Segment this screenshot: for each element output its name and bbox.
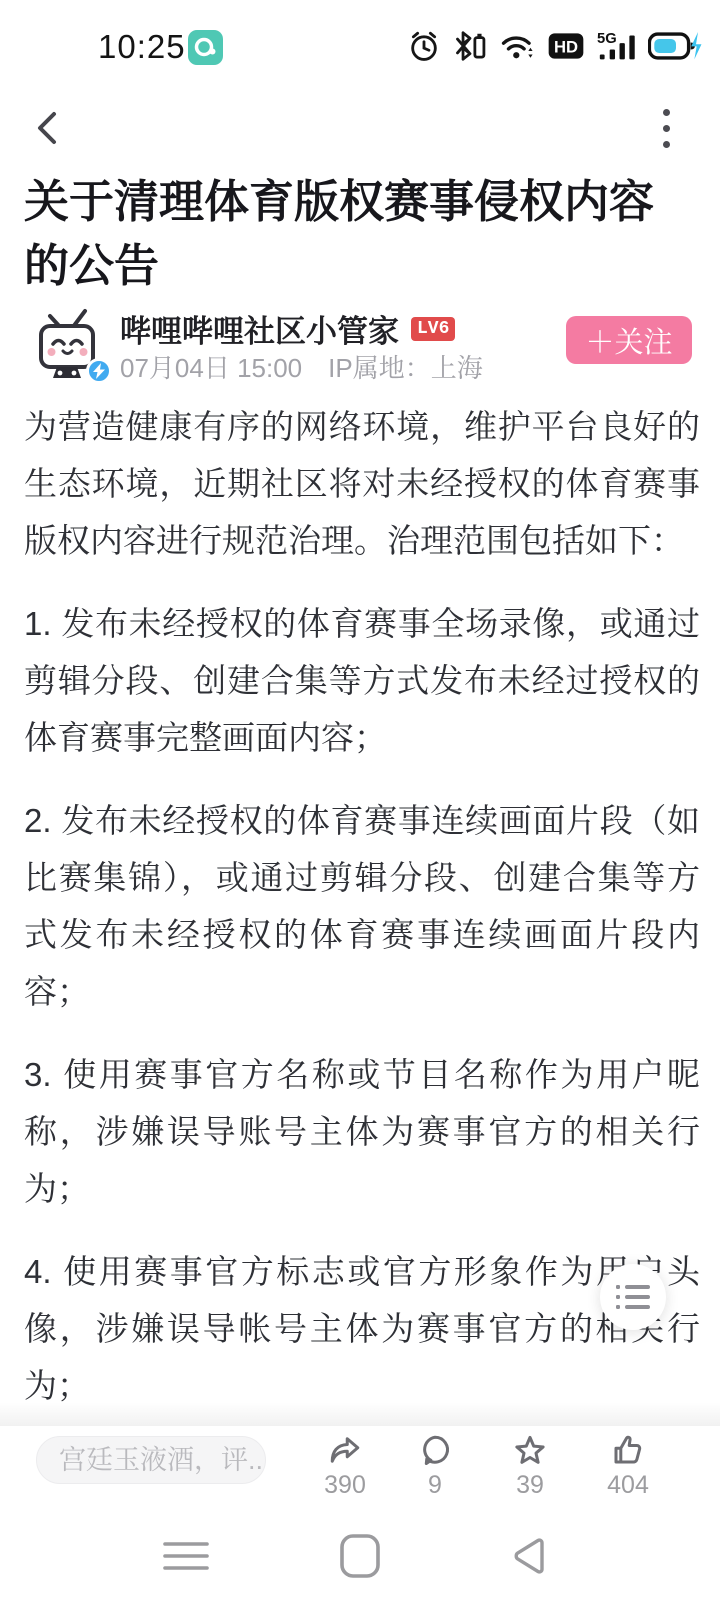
paragraph-item-4: 4. 使用赛事官方标志或官方形象作为用户头像，涉嫌误导帐号主体为赛事官方的相关行… <box>24 1243 700 1414</box>
clock-time: 10:25 <box>98 28 186 66</box>
publish-date: 07月04日 15:00 <box>120 353 302 383</box>
ip-location: 上海 <box>431 353 483 383</box>
share-count: 390 <box>303 1471 387 1500</box>
app-bar <box>0 96 720 168</box>
screen-record-icon <box>188 30 223 65</box>
follow-button[interactable]: ＋关注 <box>566 316 692 364</box>
level-badge: LV6 <box>411 317 455 341</box>
article-title: 关于清理体育版权赛事侵权内容的公告 <box>24 170 698 298</box>
like-count: 404 <box>586 1471 670 1500</box>
comment-button[interactable]: 9 <box>393 1432 477 1500</box>
share-icon <box>326 1432 364 1468</box>
paragraph-item-1: 1. 发布未经授权的体育赛事全场录像，或通过剪辑分段、创建合集等方式发布未经过授… <box>24 595 700 766</box>
nav-home-icon[interactable] <box>332 1528 388 1584</box>
paragraph-item-2: 2. 发布未经授权的体育赛事连续画面片段（如比赛集锦），或通过剪辑分段、创建合集… <box>24 792 700 1020</box>
action-bar: 宫廷玉液酒，评... 390 9 39 404 <box>0 1426 720 1510</box>
publish-meta: 07月04日 15:00IP属地：上海 <box>120 348 483 385</box>
paragraph-intro: 为营造健康有序的网络环境，维护平台良好的生态环境，近期社区将对未经授权的体育赛事… <box>24 398 700 569</box>
thumbs-up-icon <box>609 1432 647 1468</box>
comment-icon <box>416 1432 454 1468</box>
more-menu-icon[interactable] <box>648 100 684 156</box>
wifi-icon <box>499 29 535 63</box>
favorite-count: 39 <box>488 1471 572 1500</box>
official-verify-badge-icon <box>86 358 112 384</box>
comment-input[interactable]: 宫廷玉液酒，评... <box>36 1436 266 1484</box>
signal-5g-icon: 5G <box>597 29 635 63</box>
status-icons: HD 5G <box>407 28 704 64</box>
like-button[interactable]: 404 <box>586 1432 670 1500</box>
hd-badge-icon: HD <box>548 29 584 63</box>
share-button[interactable]: 390 <box>303 1432 387 1500</box>
bluetooth-battery-icon <box>454 29 486 63</box>
nav-menu-icon[interactable] <box>158 1528 214 1584</box>
list-icon <box>616 1283 650 1311</box>
ip-label: IP属地： <box>328 353 431 383</box>
status-bar: 10:25 HD 5G <box>0 0 720 76</box>
favorite-button[interactable]: 39 <box>488 1432 572 1500</box>
android-nav-bar <box>0 1510 720 1600</box>
svg-text:HD: HD <box>554 38 578 57</box>
bilibili-article-screen: { "status_bar": { "time": "10:25", "hd_b… <box>0 0 720 1600</box>
nav-back-icon[interactable] <box>502 1528 558 1584</box>
catalog-button[interactable] <box>600 1264 666 1330</box>
back-icon[interactable] <box>24 104 72 152</box>
comment-count: 9 <box>393 1471 477 1500</box>
avatar[interactable] <box>28 304 106 382</box>
alarm-icon <box>407 29 441 63</box>
author-row: 哔哩哔哩社区小管家 LV6 07月04日 15:00IP属地：上海 ＋关注 <box>0 300 720 388</box>
action-bar-shadow <box>0 1402 720 1426</box>
svg-text:5G: 5G <box>597 31 617 47</box>
author-name[interactable]: 哔哩哔哩社区小管家 <box>120 306 399 351</box>
star-icon <box>511 1432 549 1468</box>
battery-charging-icon <box>648 29 704 63</box>
paragraph-item-3: 3. 使用赛事官方名称或节目名称作为用户昵称，涉嫌误导账号主体为赛事官方的相关行… <box>24 1046 700 1217</box>
